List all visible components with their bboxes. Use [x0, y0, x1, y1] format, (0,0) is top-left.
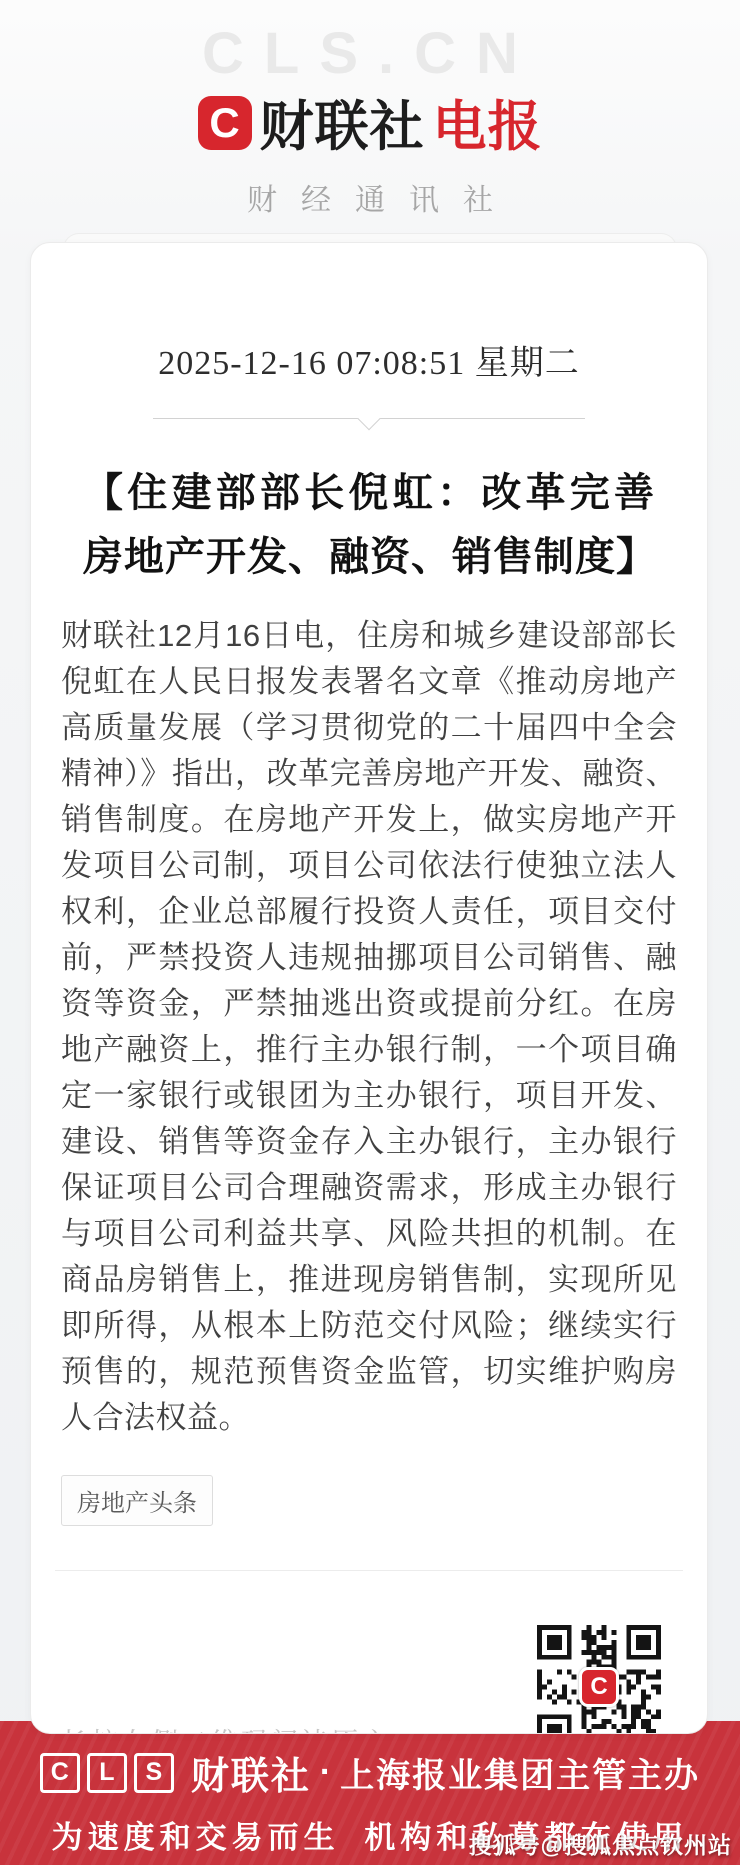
tag-real-estate-headlines[interactable]: 房地产头条 [61, 1475, 213, 1526]
sohu-watermark: 搜狐号@搜狐焦点钦州站 [469, 1827, 732, 1860]
section-divider [55, 1570, 683, 1571]
telegraph-card: 2025-12-16 07:08:51 星期二 【住建部部长倪虹：改革完善房地产… [30, 242, 708, 1734]
chevron-down-icon [358, 408, 381, 431]
footer-brand: 财联社 [191, 1745, 311, 1800]
qr-center-logo-icon: C [579, 1667, 619, 1707]
brand-name: 财联社 [260, 84, 425, 161]
timestamp: 2025-12-16 07:08:51 星期二 [31, 335, 707, 384]
qr-code[interactable]: C [537, 1625, 661, 1734]
cls-letter-c-icon: C [40, 1753, 80, 1793]
qr-hints: 长按右侧二维码阅读原文 准确 快速 权威 专业 [61, 1625, 391, 1734]
qr-hint-line1: 长按右侧二维码阅读原文 [61, 1721, 391, 1734]
separator-dot: · [320, 1753, 331, 1792]
masthead-subtitle: 财经通讯社 [0, 175, 740, 219]
cls-logo-icon: C [198, 96, 252, 150]
article-body: 财联社12月16日电，住房和城乡建设部部长倪虹在人民日报发表署名文章《推动房地产… [31, 613, 707, 1441]
cls-letter-s-icon: S [134, 1753, 174, 1793]
qr-section: 长按右侧二维码阅读原文 准确 快速 权威 专业 C [31, 1625, 707, 1734]
footer-org: 上海报业集团主管主办 [340, 1748, 700, 1797]
telegraph-page: CLS.CN C 财联社 电报 财经通讯社 2025-12-16 07:08:5… [0, 0, 740, 1865]
footer-banner: C L S 财联社 · 上海报业集团主管主办 为速度和交易而生 机构和私募都在使… [0, 1721, 740, 1865]
brand-suffix: 电报 [433, 84, 543, 161]
date-divider [153, 418, 586, 431]
cls-letter-l-icon: L [87, 1753, 127, 1793]
masthead: C 财联社 电报 [0, 0, 740, 161]
headline: 【住建部部长倪虹：改革完善房地产开发、融资、销售制度】 [31, 461, 707, 589]
